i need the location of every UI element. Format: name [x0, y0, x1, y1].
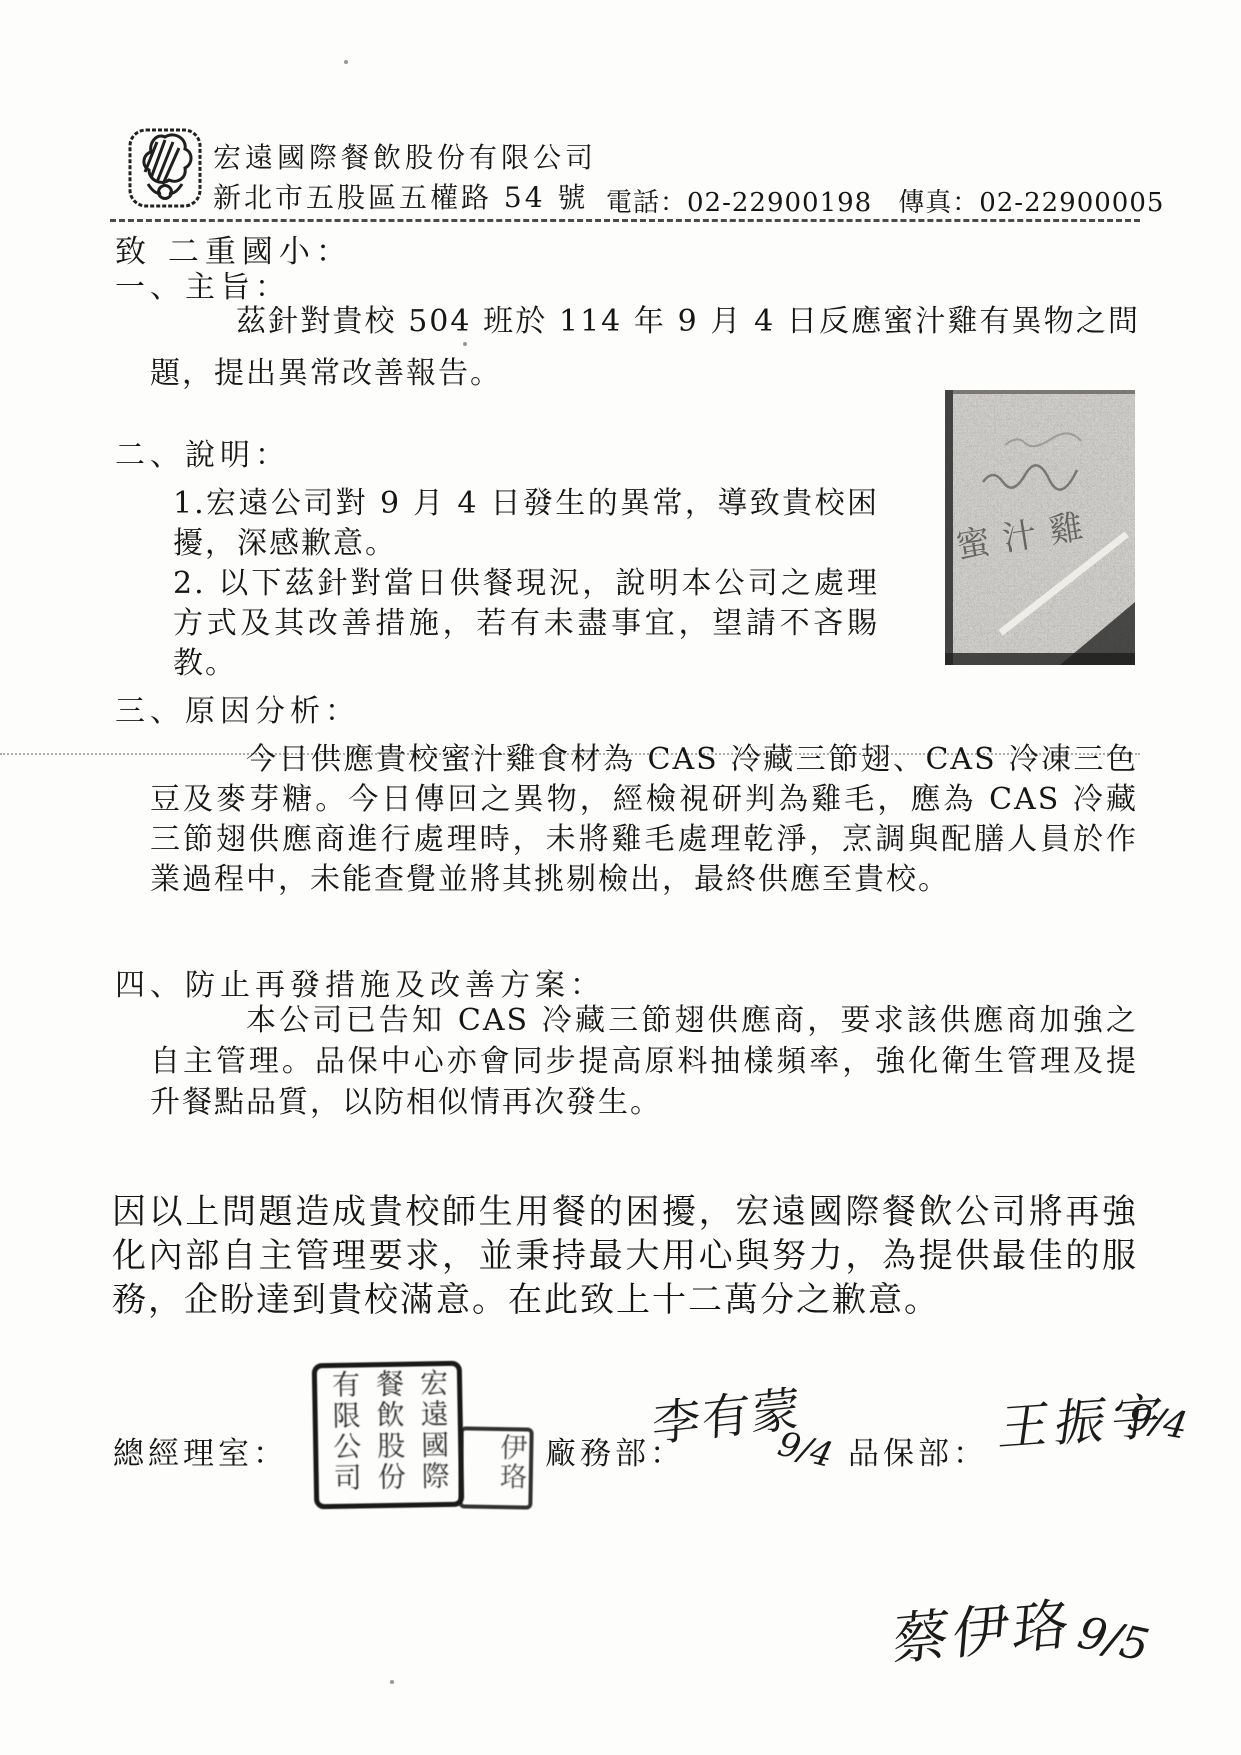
section-1-paragraph: 茲針對貴校 504 班於 114 年 9 月 4 日反應蜜汁雞有異物之問題，提出…: [150, 296, 1140, 400]
company-name: 宏遠國際餐飲股份有限公司: [213, 136, 597, 176]
section-2-item-2: 2. 以下茲針對當日供餐現況，說明本公司之處理方式及其改善措施，若有未盡事宜，望…: [173, 564, 879, 684]
personal-seal-stamp: 伊珞: [458, 1426, 533, 1509]
section-2-heading: 二、說明：: [115, 430, 290, 474]
scan-artifact-line: [0, 753, 1140, 755]
gm-office-label: 總經理室：: [113, 1428, 288, 1473]
scan-speck: [390, 1680, 394, 1684]
approver-signature: 蔡伊珞: [890, 1580, 1076, 1677]
section-4-paragraph: 本公司已告知 CAS 冷藏三節翅供應商，要求該供應商加強之自主管理。品保中心亦會…: [150, 1000, 1138, 1123]
scanned-letter-page: 宏遠國際餐飲股份有限公司 新北市五股區五權路 54 號 電話：02-229001…: [0, 0, 1241, 1755]
section-3-paragraph: 今日供應貴校蜜汁雞食材為 CAS 冷藏三節翅、CAS 冷凍三色豆及麥芽糖。今日傳…: [150, 740, 1138, 900]
scan-speck: [463, 342, 467, 346]
approver-sign-date: 9/5: [1073, 1607, 1153, 1672]
company-seal-stamp: 宏遠國際餐飲股份有限公司: [312, 1361, 465, 1510]
section-2-item-1: 1.宏遠公司對 9 月 4 日發生的異常，導致貴校困擾，深感歉意。: [173, 484, 879, 564]
company-address: 新北市五股區五權路 54 號: [213, 176, 588, 216]
factory-dept-sign-date: 9/4: [774, 1424, 837, 1476]
phone-number: 電話：02-22900198: [606, 188, 872, 218]
fax-number: 傳真：02-22900005: [898, 188, 1164, 218]
qa-dept-label: 品保部：: [848, 1428, 988, 1473]
company-logo-icon: [126, 126, 204, 210]
closing-paragraph: 因以上問題造成貴校師生用餐的困擾，宏遠國際餐飲公司將再強化內部自主管理要求，並秉…: [112, 1190, 1138, 1322]
section-4-heading: 四、防止再發措施及改善方案：: [115, 960, 605, 1004]
scan-speck: [344, 60, 348, 64]
section-2-paragraphs: 1.宏遠公司對 9 月 4 日發生的異常，導致貴校困擾，深感歉意。 2. 以下茲…: [173, 484, 879, 684]
contact-line: 電話：02-22900198傳真：02-22900005: [606, 182, 1190, 219]
header-divider: [110, 219, 1140, 222]
section-3-heading: 三、原因分析：: [115, 686, 360, 730]
attachment-photo-image: 蜜汁雞: [945, 390, 1135, 665]
